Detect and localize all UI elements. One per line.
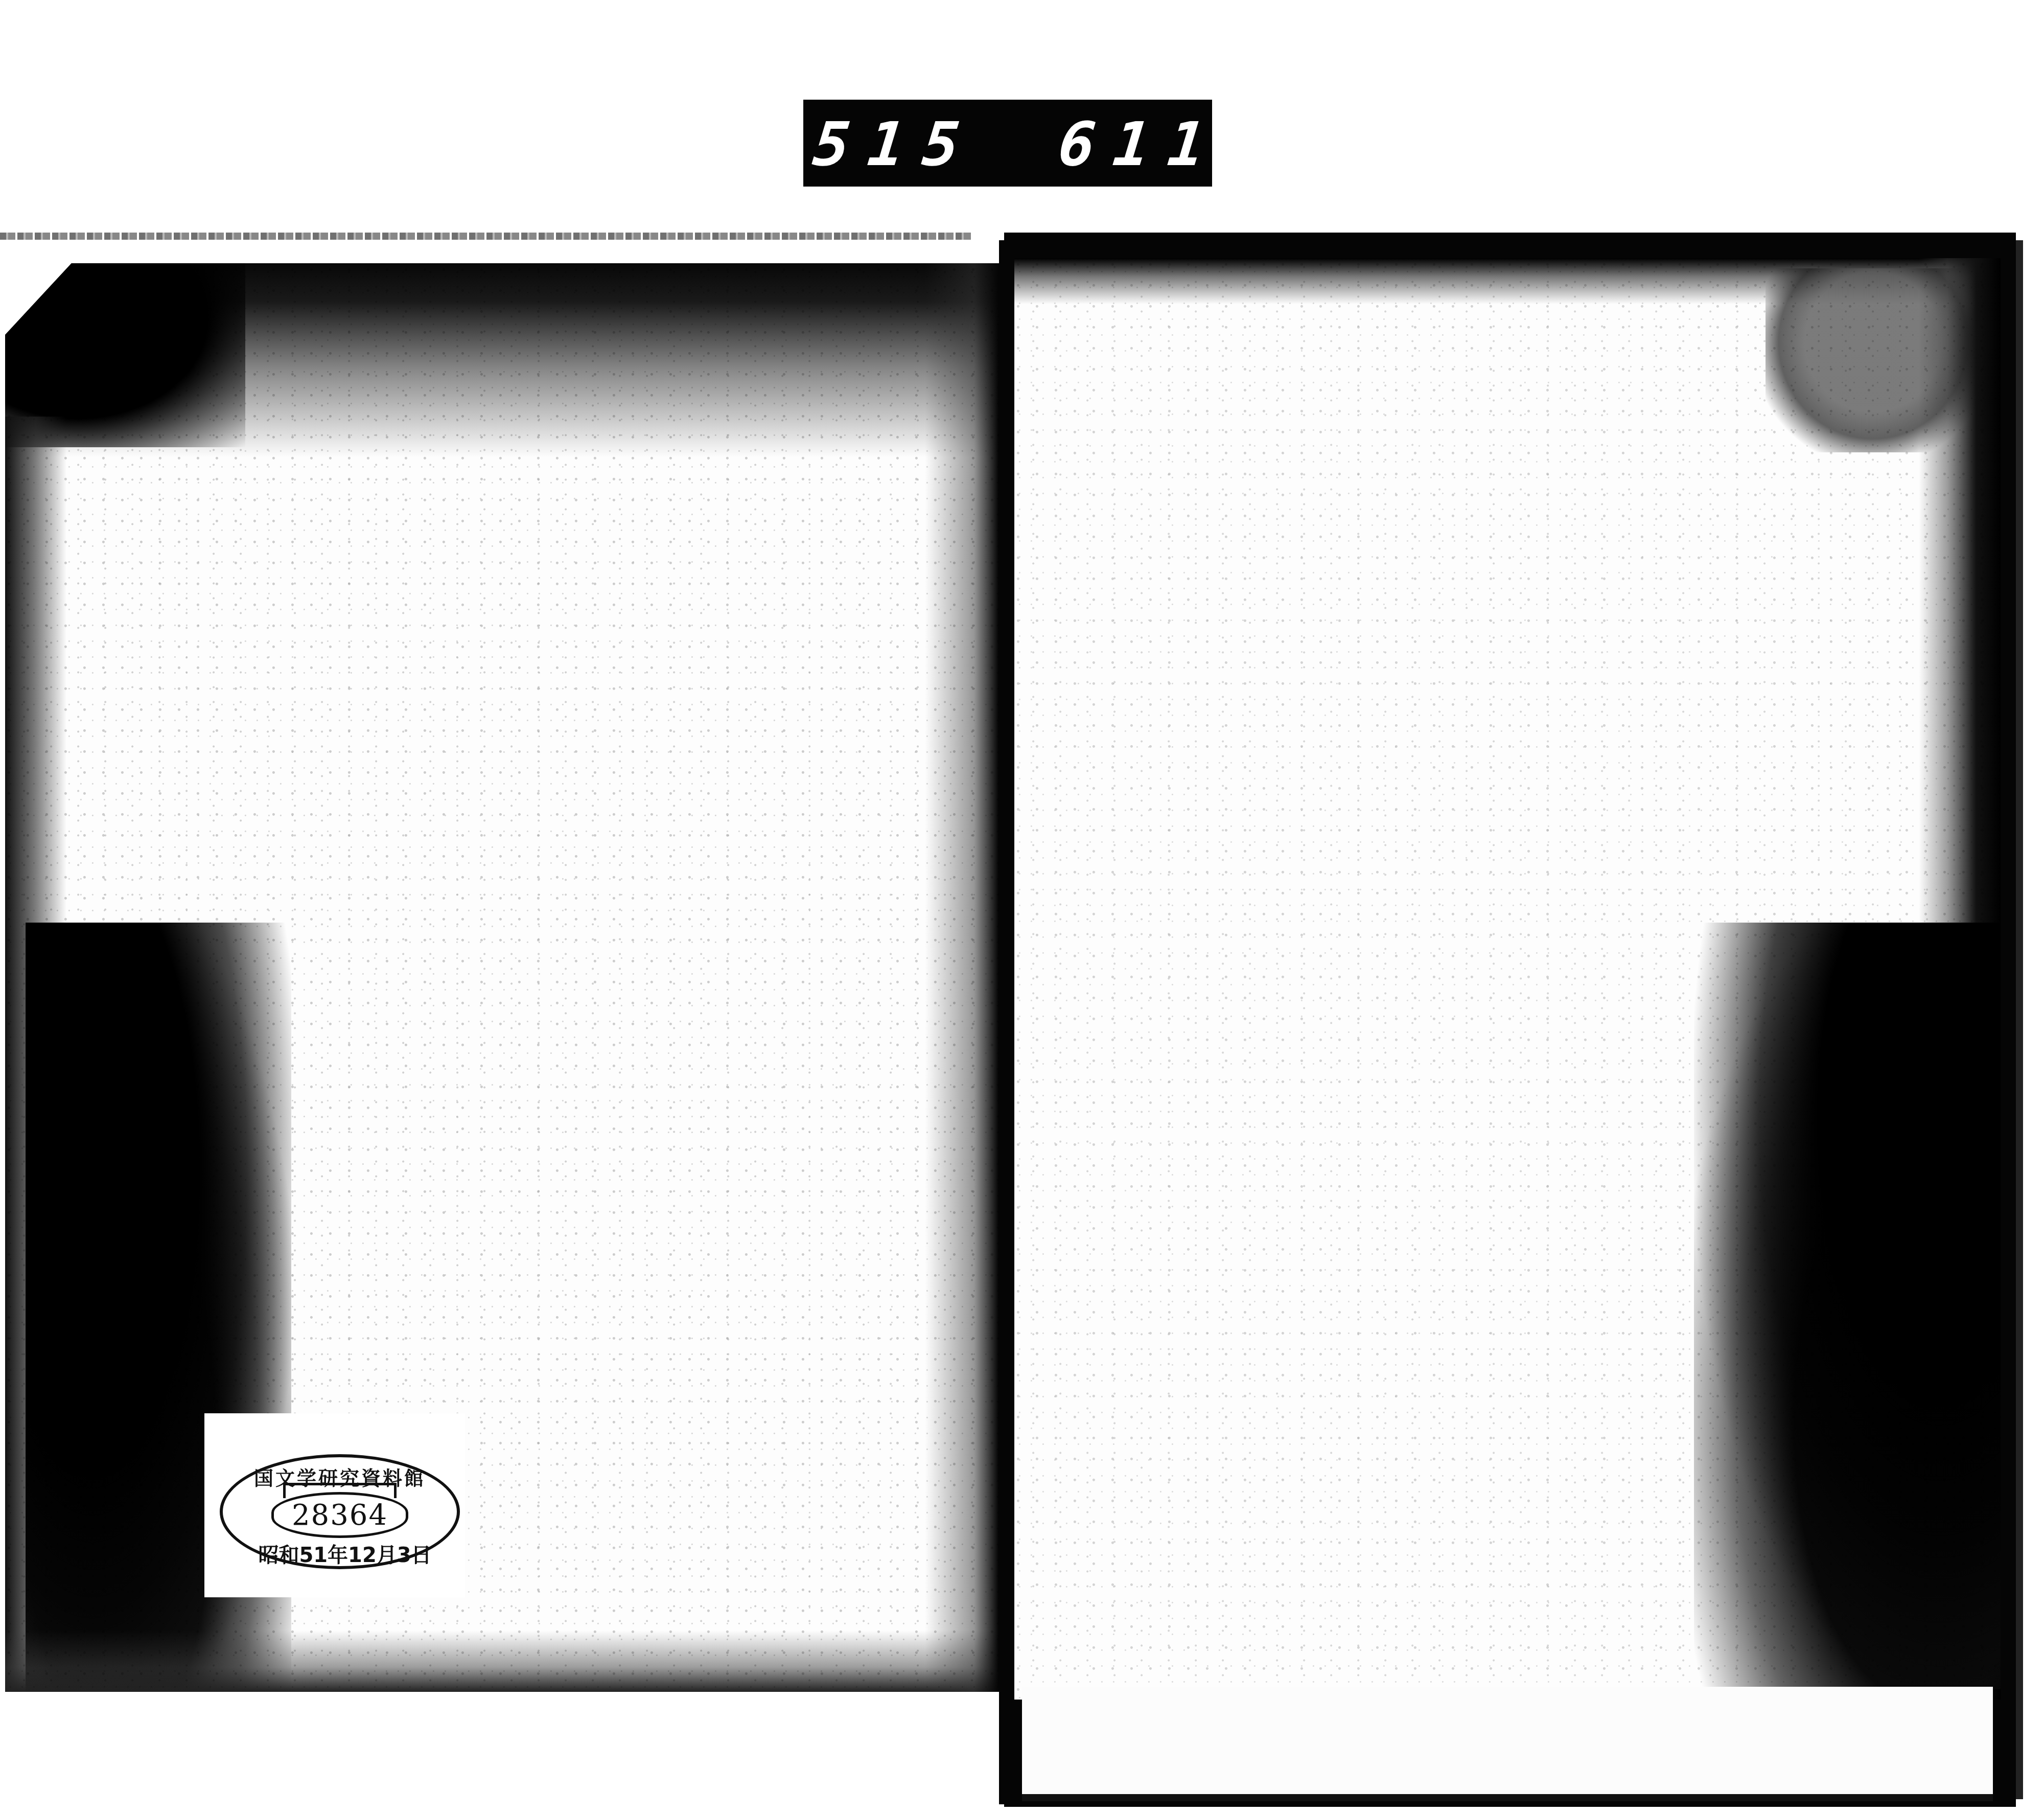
stamp-number-plate: 28364 (271, 1492, 408, 1538)
scan-edge-line (0, 233, 971, 240)
right-page-lower-flap (1022, 1687, 1993, 1801)
accession-label: 515 611. (803, 100, 1212, 187)
right-page (1014, 258, 2001, 1700)
library-stamp: 国文学研究資料館 28364 昭和51年12月3日 (220, 1454, 460, 1569)
accession-number-right: 611. (1055, 109, 1282, 179)
paper-texture (5, 263, 1007, 1692)
right-board-edge (2016, 240, 2023, 1799)
stamp-registration-number: 28364 (292, 1499, 388, 1532)
paper-texture (1014, 258, 2001, 1700)
left-page (5, 263, 1007, 1692)
book-spine (999, 240, 1010, 1804)
accession-number-left: 515 (810, 109, 982, 179)
stamp-date: 昭和51年12月3日 (243, 1539, 447, 1568)
